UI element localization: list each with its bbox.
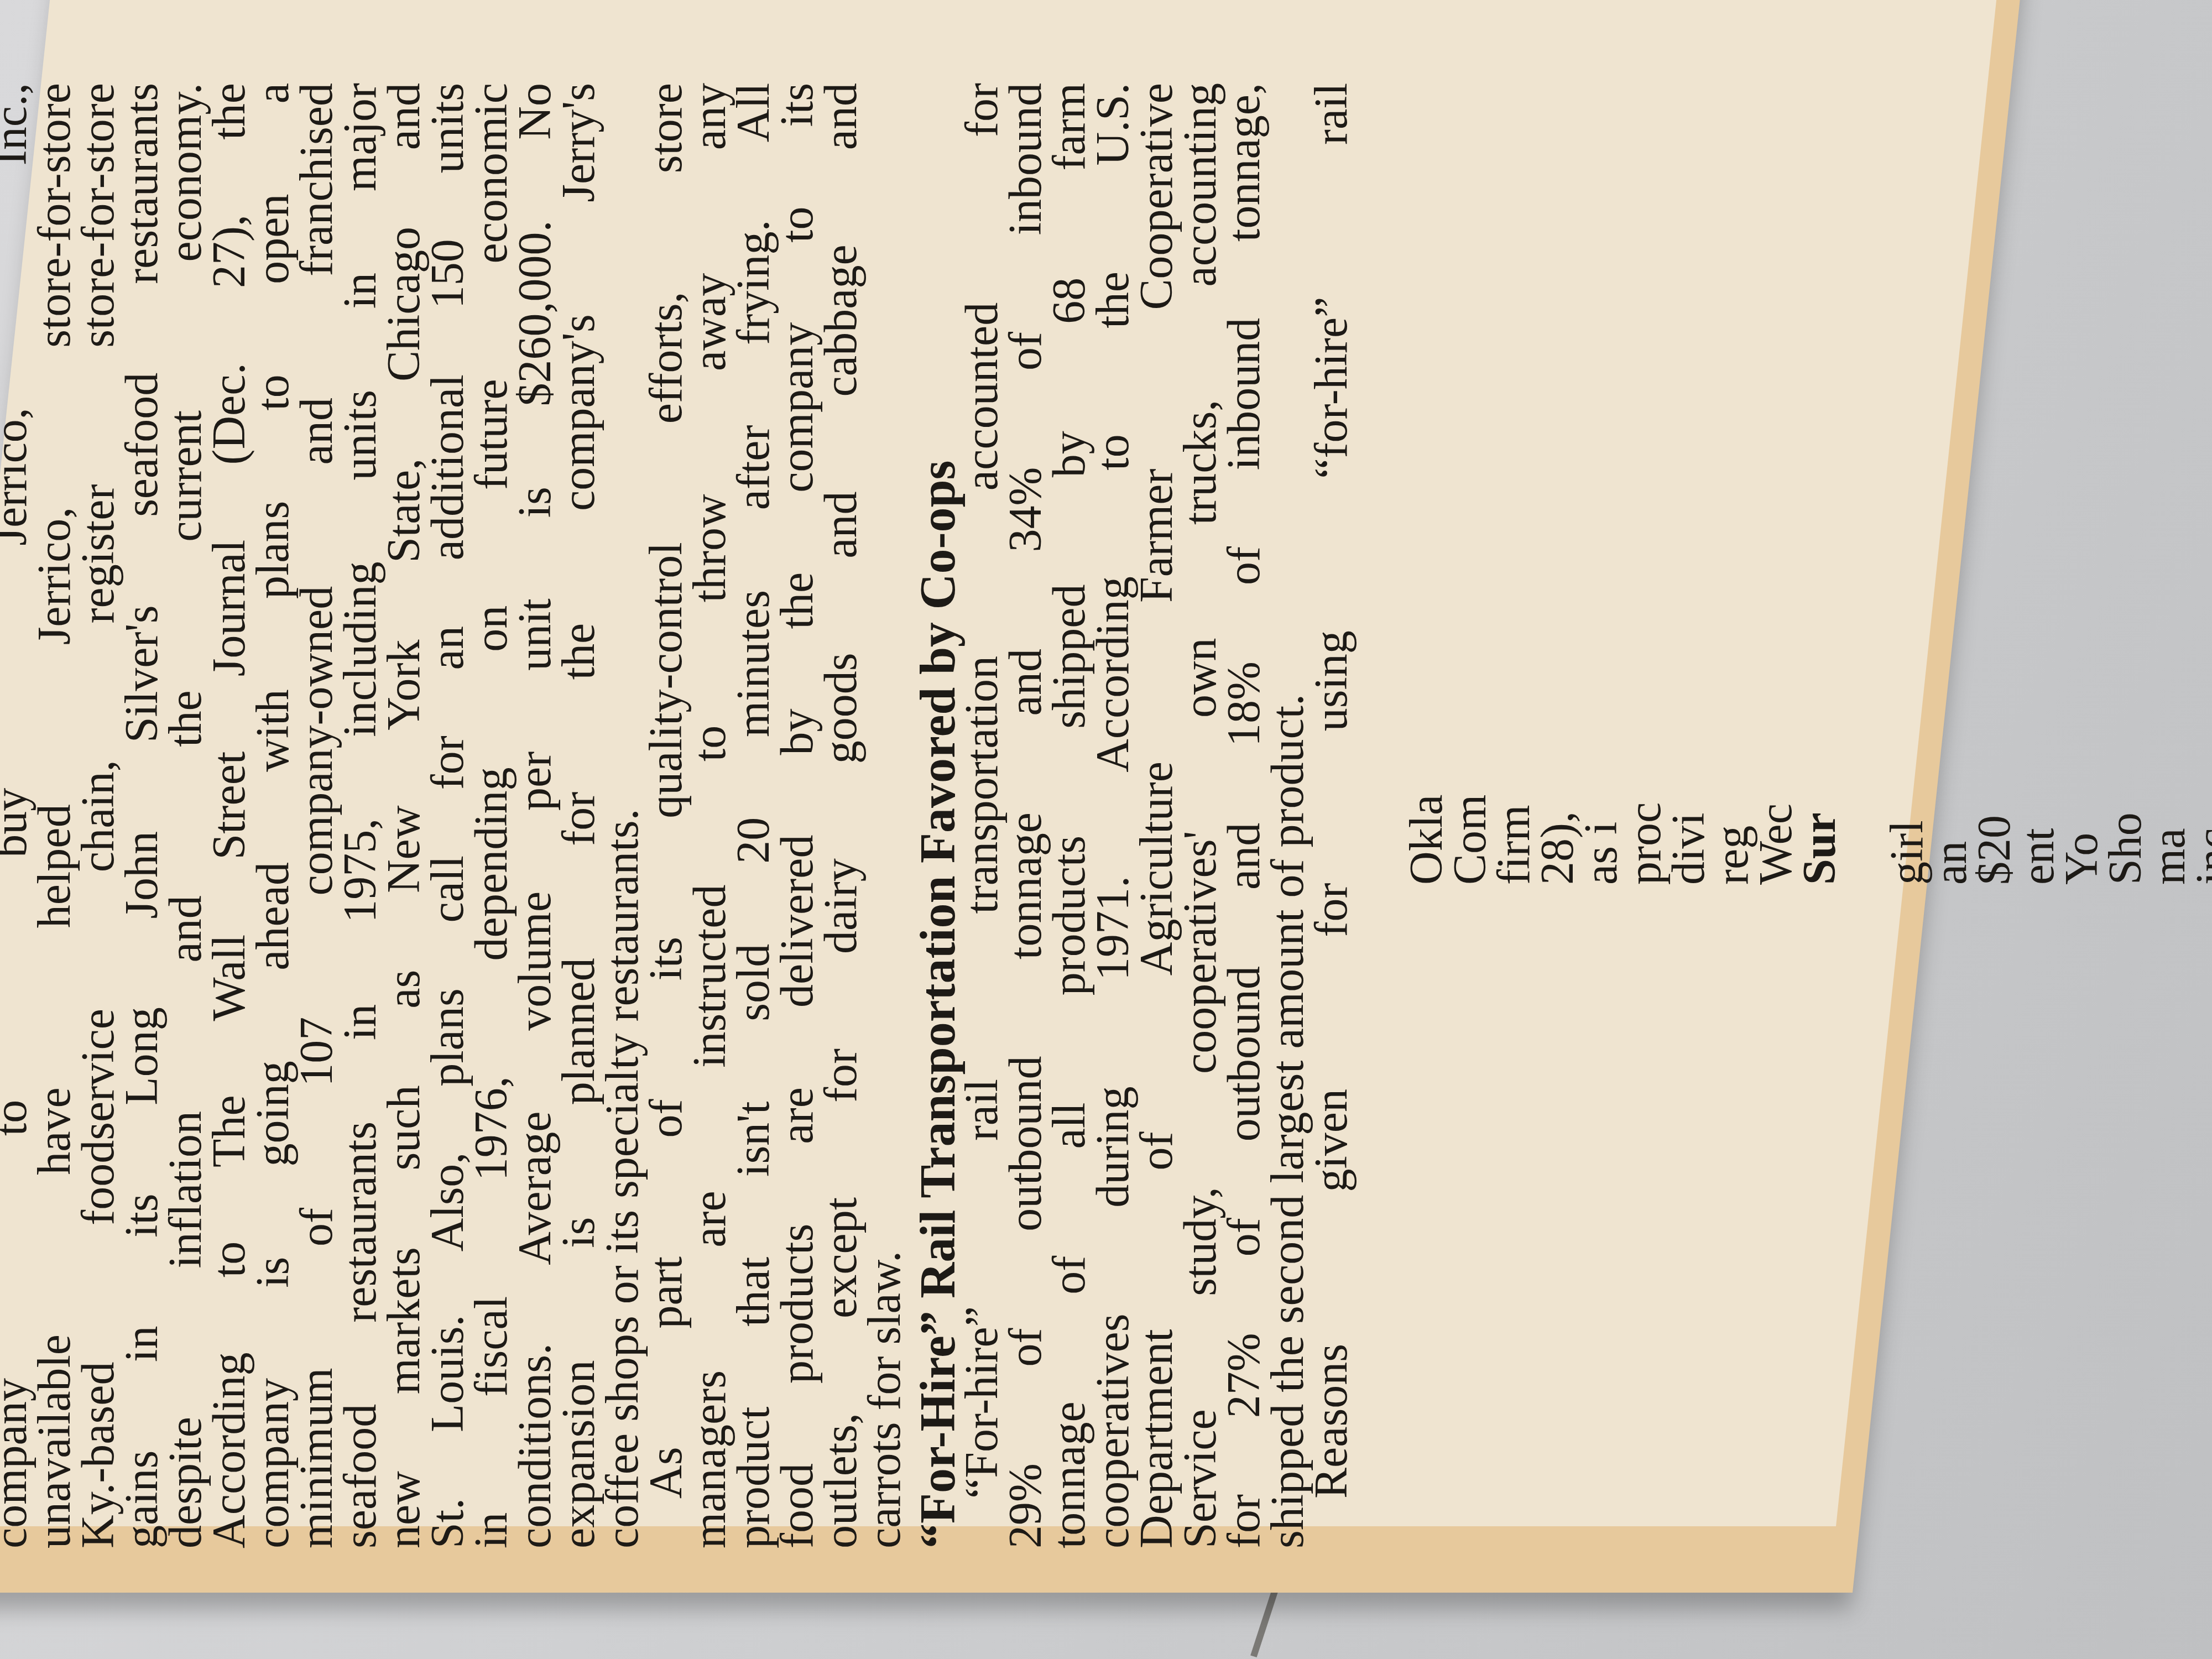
text-line: 29% of outbound tonnage and 34% of inbou…	[1004, 83, 1047, 1548]
paragraph-for-hire-rail: “For-hire” rail transportation accounted…	[960, 83, 1310, 1548]
text-line: managers are instructed to throw away an…	[688, 83, 732, 1548]
text-line: seafood restaurants in 1975, including u…	[338, 83, 382, 1548]
text-line: gains in its Long John Silver's seafood …	[120, 83, 164, 1548]
fragment-line: as i	[1579, 332, 1623, 885]
right-column-fragment: Okla Com firm 28), as i proc divi reg We…	[1405, 332, 2212, 885]
fragment-line: ent	[2016, 332, 2060, 885]
text-line: in fiscal 1976, depending on future econ…	[469, 83, 513, 1548]
text-line: shipped the second largest amount of pro…	[1266, 83, 1310, 1548]
text-line: According to The Wall Street Journal (De…	[207, 83, 251, 1548]
text-line: unavailable have helped Jerrico, store-f…	[33, 83, 76, 1548]
fragment-line: proc	[1623, 332, 1667, 885]
text-line: “For-hire” rail transportation accounted…	[960, 83, 1004, 1548]
text-line: coffee shops or its specialty restaurant…	[601, 83, 644, 1548]
fragment-line: an	[1929, 332, 1973, 885]
fragment-line: ma	[2147, 332, 2191, 885]
text-line: product that isn't sold 20 minutes after…	[732, 83, 775, 1548]
fragment-line: 28),	[1536, 332, 1579, 885]
text-line: expansion is planned for the company's J…	[557, 83, 601, 1548]
text-line: carrots for slaw.	[863, 83, 906, 1548]
text-line: Department of Agriculture Farmer Coopera…	[1135, 83, 1178, 1548]
main-column: company to buy Jerrico, Inc., unavailabl…	[0, 83, 1353, 1548]
fragment-line	[1841, 332, 1885, 885]
text-line: Service study, cooperatives' own trucks,…	[1178, 83, 1222, 1548]
text-line: Ky.-based foodservice chain, register st…	[76, 83, 120, 1548]
fragment-line: Okla	[1405, 332, 1448, 885]
fragment-line: firm	[1492, 332, 1536, 885]
text-line: As part of its quality-control efforts, …	[644, 83, 688, 1548]
text-line: for 27% of outbound and 18% of inbound t…	[1222, 83, 1266, 1548]
text-line: company is going ahead with plans to ope…	[251, 83, 295, 1548]
text-line: outlets, except for dairy goods and cabb…	[819, 83, 863, 1548]
fragment-line: inc	[2191, 332, 2212, 885]
text-line: tonnage of all products shipped by 68 fa…	[1047, 83, 1091, 1548]
fragment-line: reg	[1710, 332, 1754, 885]
fragment-line: Yo	[2060, 332, 2104, 885]
section-heading: “For-Hire” Rail Transportation Favored b…	[916, 83, 960, 1548]
text-line: food products are delivered by the compa…	[775, 83, 819, 1548]
paragraph-reasons: Reasons given for using “for-hire” rail	[1310, 83, 1353, 1548]
fragment-line-bold: Sur	[1798, 332, 1841, 885]
rotated-text-canvas: company to buy Jerrico, Inc., unavailabl…	[0, 0, 1825, 1659]
fragment-line: girl	[1885, 332, 1929, 885]
fragment-line: divi	[1667, 332, 1710, 885]
paragraph-quality-control: As part of its quality-control efforts, …	[644, 83, 906, 1548]
fragment-line: Com	[1448, 332, 1492, 885]
text-line: minimum of 107 company-owned and franchi…	[295, 83, 338, 1548]
fragment-line: Wec	[1754, 332, 1798, 885]
text-line: company to buy Jerrico, Inc.,	[0, 83, 33, 1548]
text-line: conditions. Average volume per unit is $…	[513, 83, 557, 1548]
text-line: new markets such as New York State, Chic…	[382, 83, 426, 1548]
text-line: cooperatives during 1971. According to t…	[1091, 83, 1135, 1548]
text-line: despite inflation and the current econom…	[164, 83, 207, 1548]
fragment-line: $20	[1973, 332, 2016, 885]
fragment-line: Sho	[2104, 332, 2147, 885]
paragraph-jerrico: company to buy Jerrico, Inc., unavailabl…	[0, 83, 644, 1548]
text-line: St. Louis. Also, plans call for an addit…	[426, 83, 469, 1548]
text-line: Reasons given for using “for-hire” rail	[1310, 83, 1353, 1548]
